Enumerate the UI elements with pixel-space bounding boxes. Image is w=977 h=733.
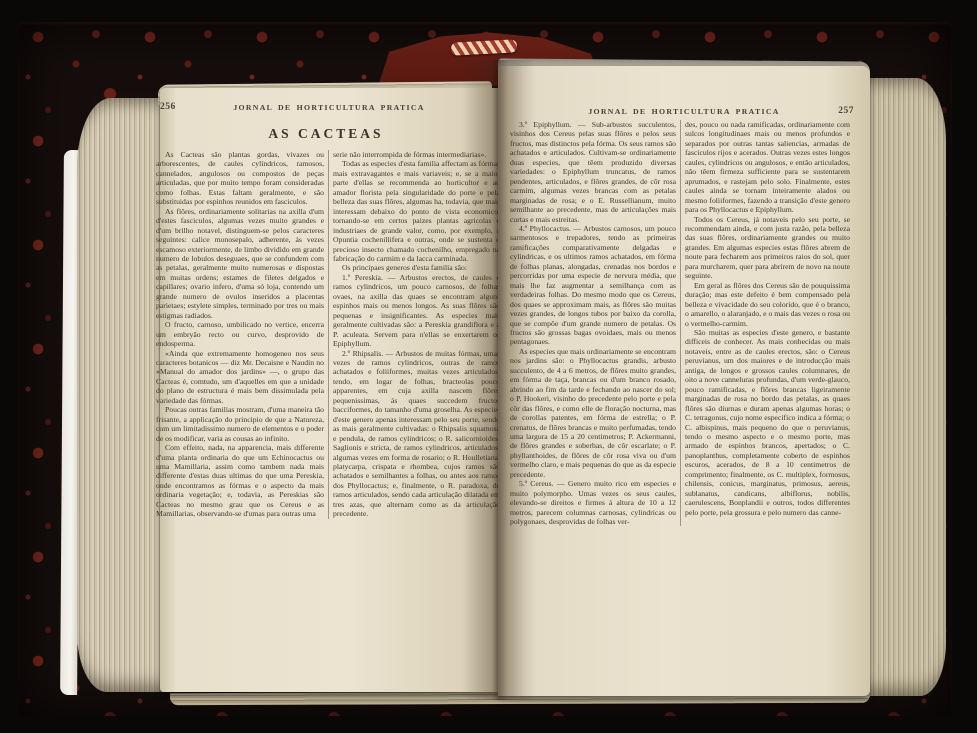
paragraph: 3.º Epiphyllum. — Sub-arbustos succulent… xyxy=(510,120,676,224)
paragraph: 5.ª Cereus. — Genero muito rico em espec… xyxy=(510,479,676,526)
right-running-head: JORNAL DE HORTICULTURA PRATICA xyxy=(498,107,870,116)
left-page-column-2: serie não interrompida de fórmas interme… xyxy=(328,150,504,519)
paragraph: Em geral as flôres dos Cereus são de pou… xyxy=(685,281,850,328)
paragraph: Poucas outras familias mostram, d'uma ma… xyxy=(156,405,324,443)
paragraph: As Cacteas são plantas gordas, vivazes o… xyxy=(156,150,324,207)
paragraph: 2.º Rhipsalis. — Arbustos de muitas fórm… xyxy=(333,349,500,519)
left-page-columns: As Cacteas são plantas gordas, vivazes o… xyxy=(152,150,504,519)
page-stack-edge-right xyxy=(866,78,946,696)
paragraph: Todas as especies d'esta familia affecta… xyxy=(333,159,500,263)
paragraph: As flôres, ordinariamente solitarias na … xyxy=(156,207,324,320)
left-page: 256 JORNAL DE HORTICULTURA PRATICA AS CA… xyxy=(160,88,498,692)
paragraph: As especies que mais ordinariamente se e… xyxy=(510,347,676,479)
paragraph: des, pouco ou nada ramificadas, ordinari… xyxy=(685,120,850,215)
paragraph: 1.º Pereskia. — Arbustos erectos, de cau… xyxy=(333,273,500,349)
paragraph: O fructo, carnoso, umbilicado no vertice… xyxy=(156,320,324,348)
paragraph: serie não interrompida de fórmas interme… xyxy=(333,150,500,159)
right-page-column-2: des, pouco ou nada ramificadas, ordinari… xyxy=(680,120,854,526)
paragraph: Com effeito, nada, na apparencia, mais d… xyxy=(156,443,324,519)
right-page: JORNAL DE HORTICULTURA PRATICA 257 3.º E… xyxy=(498,66,870,696)
right-page-number: 257 xyxy=(838,106,854,116)
paragraph: «Ainda que extremamente homogeneo nos se… xyxy=(156,349,324,406)
paragraph: São muitas as especies d'este genero, e … xyxy=(685,328,850,517)
left-page-column-1: As Cacteas são plantas gordas, vivazes o… xyxy=(152,150,328,519)
paragraph: 4.º Phyllocactus. — Arbustos carnosos, u… xyxy=(510,224,676,347)
article-title: AS CACTEAS xyxy=(160,126,492,142)
left-running-head: JORNAL DE HORTICULTURA PRATICA xyxy=(152,103,506,112)
paragraph: Todos os Cereus, já notaveis pelo seu po… xyxy=(685,215,850,281)
paragraph: Os principaes generos d'esta familia são… xyxy=(333,263,500,272)
right-page-column-1: 3.º Epiphyllum. — Sub-arbustos succulent… xyxy=(506,120,680,526)
right-page-columns: 3.º Epiphyllum. — Sub-arbustos succulent… xyxy=(506,120,854,526)
book-photograph: 256 JORNAL DE HORTICULTURA PRATICA AS CA… xyxy=(0,0,977,733)
